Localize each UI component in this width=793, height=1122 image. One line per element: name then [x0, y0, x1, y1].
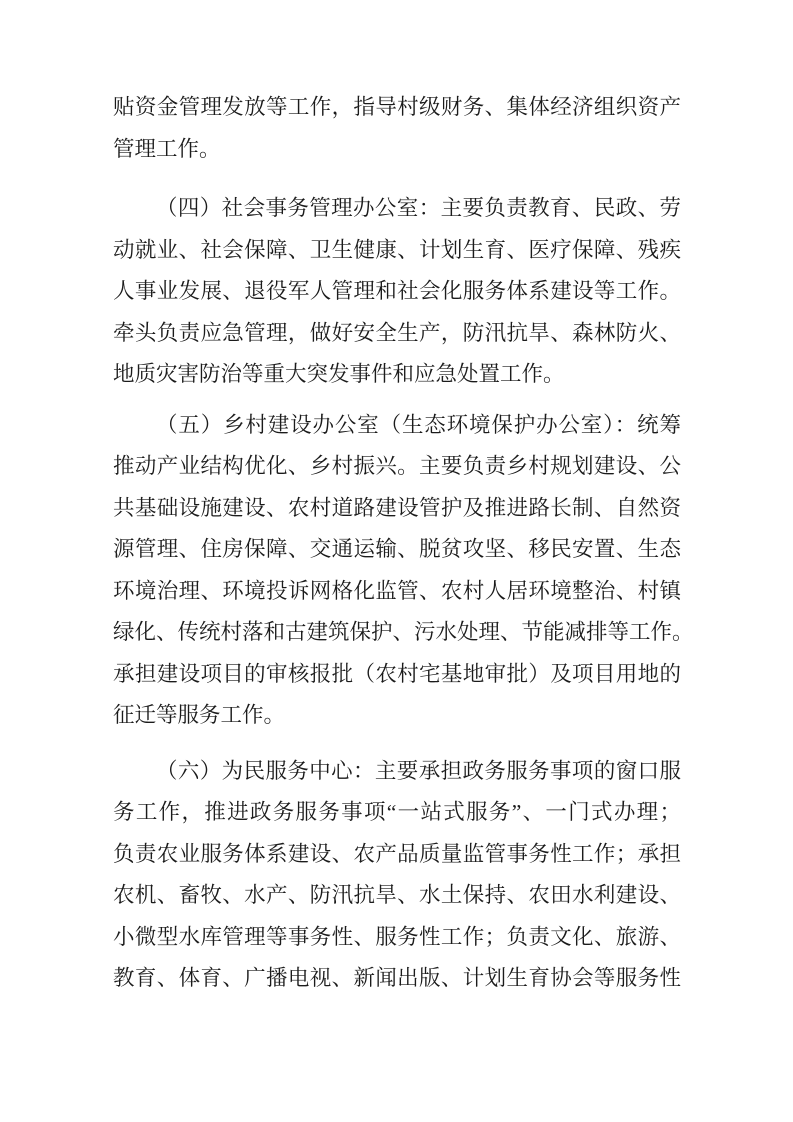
text-line: 共基础设施建设、农村道路建设管护及推进路长制、自然资 — [113, 488, 681, 530]
text-line: 征迁等服务工作。 — [113, 695, 681, 737]
text-line: （六）为民服务中心：主要承担政务服务事项的窗口服 — [113, 751, 681, 793]
text-line: 源管理、住房保障、交通运输、脱贫攻坚、移民安置、生态 — [113, 529, 681, 571]
paragraph-continuation: 贴资金管理发放等工作，指导村级财务、集体经济组织资产 管理工作。 — [113, 87, 681, 170]
text-line: 承担建设项目的审核报批（农村宅基地审批）及项目用地的 — [113, 654, 681, 696]
paragraph-section-4: （四）社会事务管理办公室：主要负责教育、民政、劳 动就业、社会保障、卫生健康、计… — [113, 188, 681, 396]
text-line: 管理工作。 — [113, 129, 681, 171]
text-line: 务工作，推进政务服务事项“一站式服务”、一门式办理； — [113, 792, 681, 834]
text-line: 农机、畜牧、水产、防汛抗旱、水土保持、农田水利建设、 — [113, 875, 681, 917]
text-line: 牵头负责应急管理，做好安全生产，防汛抗旱、森林防火、 — [113, 313, 681, 355]
paragraph-section-5: （五）乡村建设办公室（生态环境保护办公室）：统筹 推动产业结构优化、乡村振兴。主… — [113, 405, 681, 737]
text-line: 地质灾害防治等重大突发事件和应急处置工作。 — [113, 354, 681, 396]
text-line: 负责农业服务体系建设、农产品质量监管事务性工作；承担 — [113, 834, 681, 876]
text-line: 环境治理、环境投诉网格化监管、农村人居环境整治、村镇 — [113, 571, 681, 613]
text-line: 贴资金管理发放等工作，指导村级财务、集体经济组织资产 — [113, 87, 681, 129]
text-line: 小微型水库管理等事务性、服务性工作；负责文化、旅游、 — [113, 917, 681, 959]
text-line: （五）乡村建设办公室（生态环境保护办公室）：统筹 — [113, 405, 681, 447]
text-line: 教育、体育、广播电视、新闻出版、计划生育协会等服务性 — [113, 958, 681, 1000]
text-line: 人事业发展、退役军人管理和社会化服务体系建设等工作。 — [113, 271, 681, 313]
document-page: 贴资金管理发放等工作，指导村级财务、集体经济组织资产 管理工作。 （四）社会事务… — [0, 0, 793, 1122]
paragraph-section-6: （六）为民服务中心：主要承担政务服务事项的窗口服 务工作，推进政务服务事项“一站… — [113, 751, 681, 1000]
text-line: （四）社会事务管理办公室：主要负责教育、民政、劳 — [113, 188, 681, 230]
text-line: 推动产业结构优化、乡村振兴。主要负责乡村规划建设、公 — [113, 446, 681, 488]
text-line: 动就业、社会保障、卫生健康、计划生育、医疗保障、残疾 — [113, 230, 681, 272]
text-line: 绿化、传统村落和古建筑保护、污水处理、节能减排等工作。 — [113, 612, 681, 654]
